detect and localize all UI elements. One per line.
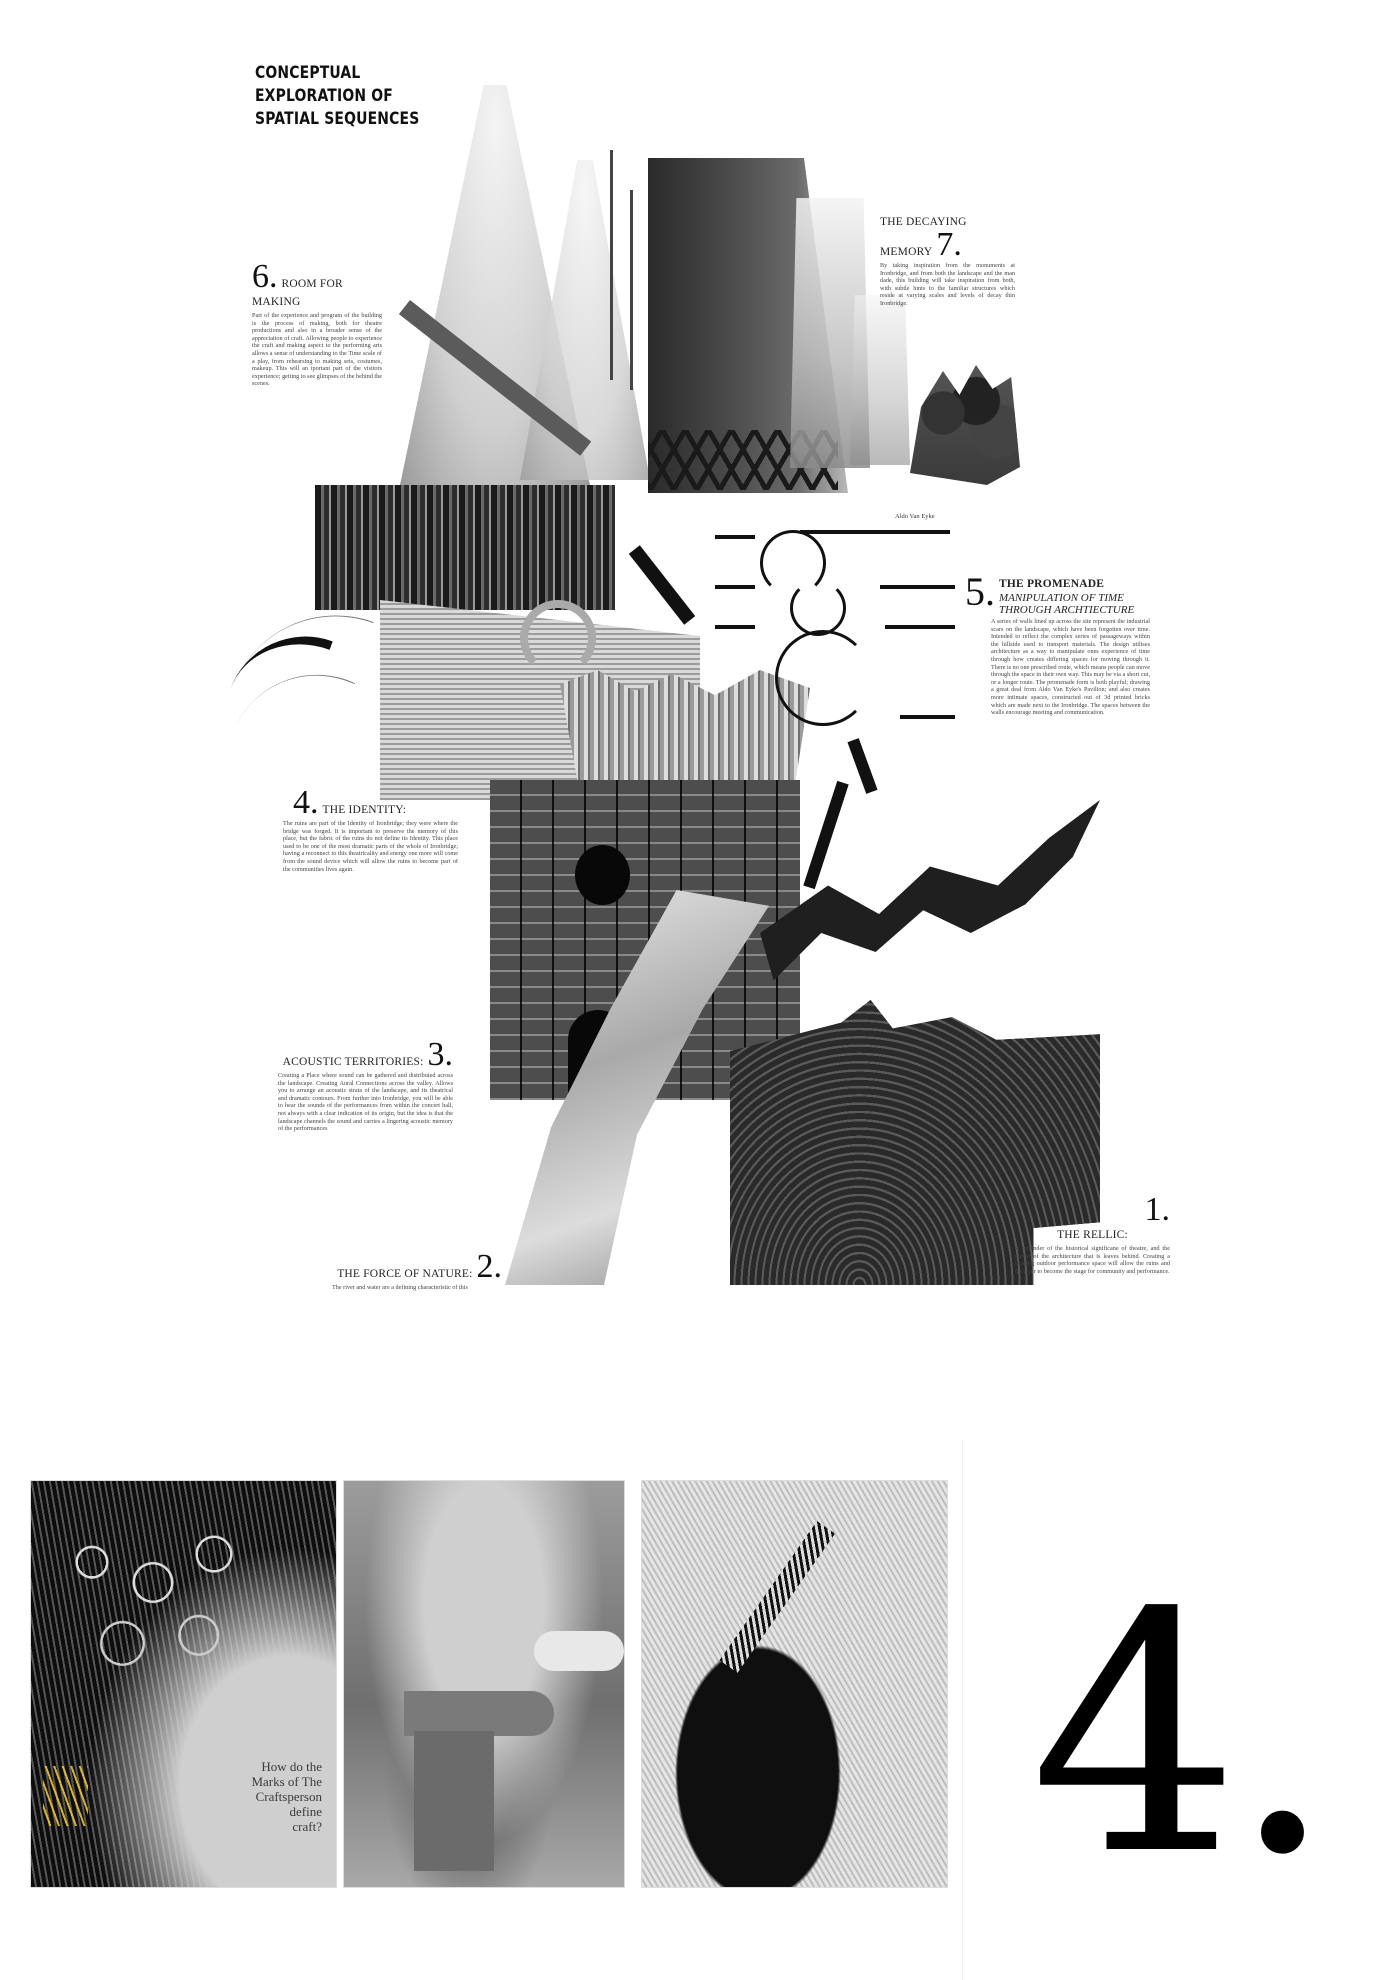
annotation-decaying-memory: THE DECAYING MEMORY 7. By taking inspira… [880, 212, 1015, 308]
annotation-rellic: 1. THE RELLIC: A reminder of the histori… [1015, 1195, 1170, 1275]
annotation-body: The ruins are part of the Identity of Ir… [283, 820, 458, 873]
page-number: 4. [1030, 1570, 1325, 1900]
workshop-interior-image [315, 485, 615, 610]
annotation-heading: THE RELLIC: [1057, 1229, 1128, 1241]
black-shard [629, 545, 695, 625]
annotation-promenade: 5. THE PROMENADE MANIPULATION OF TIME TH… [965, 574, 1150, 717]
river-ribbon-image [760, 800, 1100, 990]
annotation-body: A reminder of the historical significane… [1015, 1245, 1170, 1275]
linocut-hand-print [641, 1480, 948, 1888]
title-line: SPATIAL SEQUENCES [255, 108, 419, 131]
annotation-heading: THE PROMENADE [999, 578, 1104, 590]
pavilion-plan-line [715, 625, 755, 629]
annotation-body: By taking inspiration from the monuments… [880, 262, 1015, 308]
craft-marks-print-panel: How do the Marks of The Craftsperson def… [30, 1480, 337, 1888]
black-shard [847, 738, 877, 794]
black-shard [803, 781, 848, 889]
pen-tool [719, 1521, 835, 1673]
scaffold-pole [630, 190, 633, 390]
annotation-body: Creating a Place where sound can be gath… [278, 1072, 453, 1133]
annotation-number: 4. [293, 788, 319, 818]
annotation-number: 1. [1145, 1195, 1171, 1225]
poster-title: CONCEPTUAL EXPLORATION OF SPATIAL SEQUEN… [255, 62, 419, 131]
panel-question: How do the Marks of The Craftsperson def… [251, 1759, 322, 1834]
cooling-tower-image [850, 295, 910, 465]
anvil-body [414, 1731, 494, 1871]
pavilion-plan-line [880, 585, 955, 589]
title-line: CONCEPTUAL [255, 62, 419, 85]
annotation-number: 7. [936, 230, 962, 260]
annotation-body: A series of walls lined up across the si… [991, 618, 1150, 717]
question-line: How do the [251, 1759, 322, 1774]
question-line: craft? [251, 1819, 322, 1834]
curved-wall [520, 600, 596, 676]
title-line: EXPLORATION OF [255, 85, 419, 108]
forest-image [910, 365, 1020, 485]
divider [962, 1440, 963, 1980]
annotation-heading: ACOUSTIC TERRITORIES: [283, 1056, 424, 1068]
annotation-acoustic-territories: ACOUSTIC TERRITORIES: 3. Creating a Plac… [278, 1040, 453, 1133]
annotation-body: Part of the experience and program of th… [252, 312, 382, 388]
annotation-heading: THE FORCE OF NATURE: [337, 1268, 472, 1280]
question-line: Marks of The [251, 1774, 322, 1789]
annotation-body: The river and water are a defining chara… [332, 1284, 502, 1292]
question-line: define [251, 1804, 322, 1819]
scaffold-pole [610, 150, 613, 380]
annotation-number: 3. [428, 1040, 454, 1070]
annotation-heading: THE IDENTITY: [323, 804, 407, 816]
pavilion-plan-line [715, 535, 755, 539]
question-line: Craftsperson [251, 1789, 322, 1804]
pavilion-plan-line [900, 715, 955, 719]
anvil-metalwork-photo [343, 1480, 625, 1888]
pavilion-plan-line [885, 625, 955, 629]
pavilion-caption: Aldo Van Eyke [895, 513, 935, 520]
annotation-identity: 4. THE IDENTITY: The ruins are part of t… [283, 788, 458, 873]
annotation-number: 6. [252, 262, 278, 292]
pavilion-plan-line [715, 585, 755, 589]
annotation-number: 5. [965, 574, 995, 610]
pavilion-arc [790, 580, 846, 636]
annotation-number: 2. [477, 1252, 503, 1282]
annotation-subheading: MANIPULATION OF TIME THROUGH ARCHTIECTUR… [999, 592, 1150, 616]
anvil-horn [404, 1691, 554, 1736]
pavilion-arc [775, 630, 871, 726]
ruin-round-window [575, 845, 630, 905]
pavilion-plan-line [800, 530, 950, 534]
annotation-force-of-nature: THE FORCE OF NATURE: 2. The river and wa… [332, 1252, 502, 1292]
annotation-room-for-making: 6. ROOM FOR MAKING Part of the experienc… [252, 262, 382, 388]
yellow-mark [43, 1766, 88, 1826]
hand [534, 1631, 624, 1671]
